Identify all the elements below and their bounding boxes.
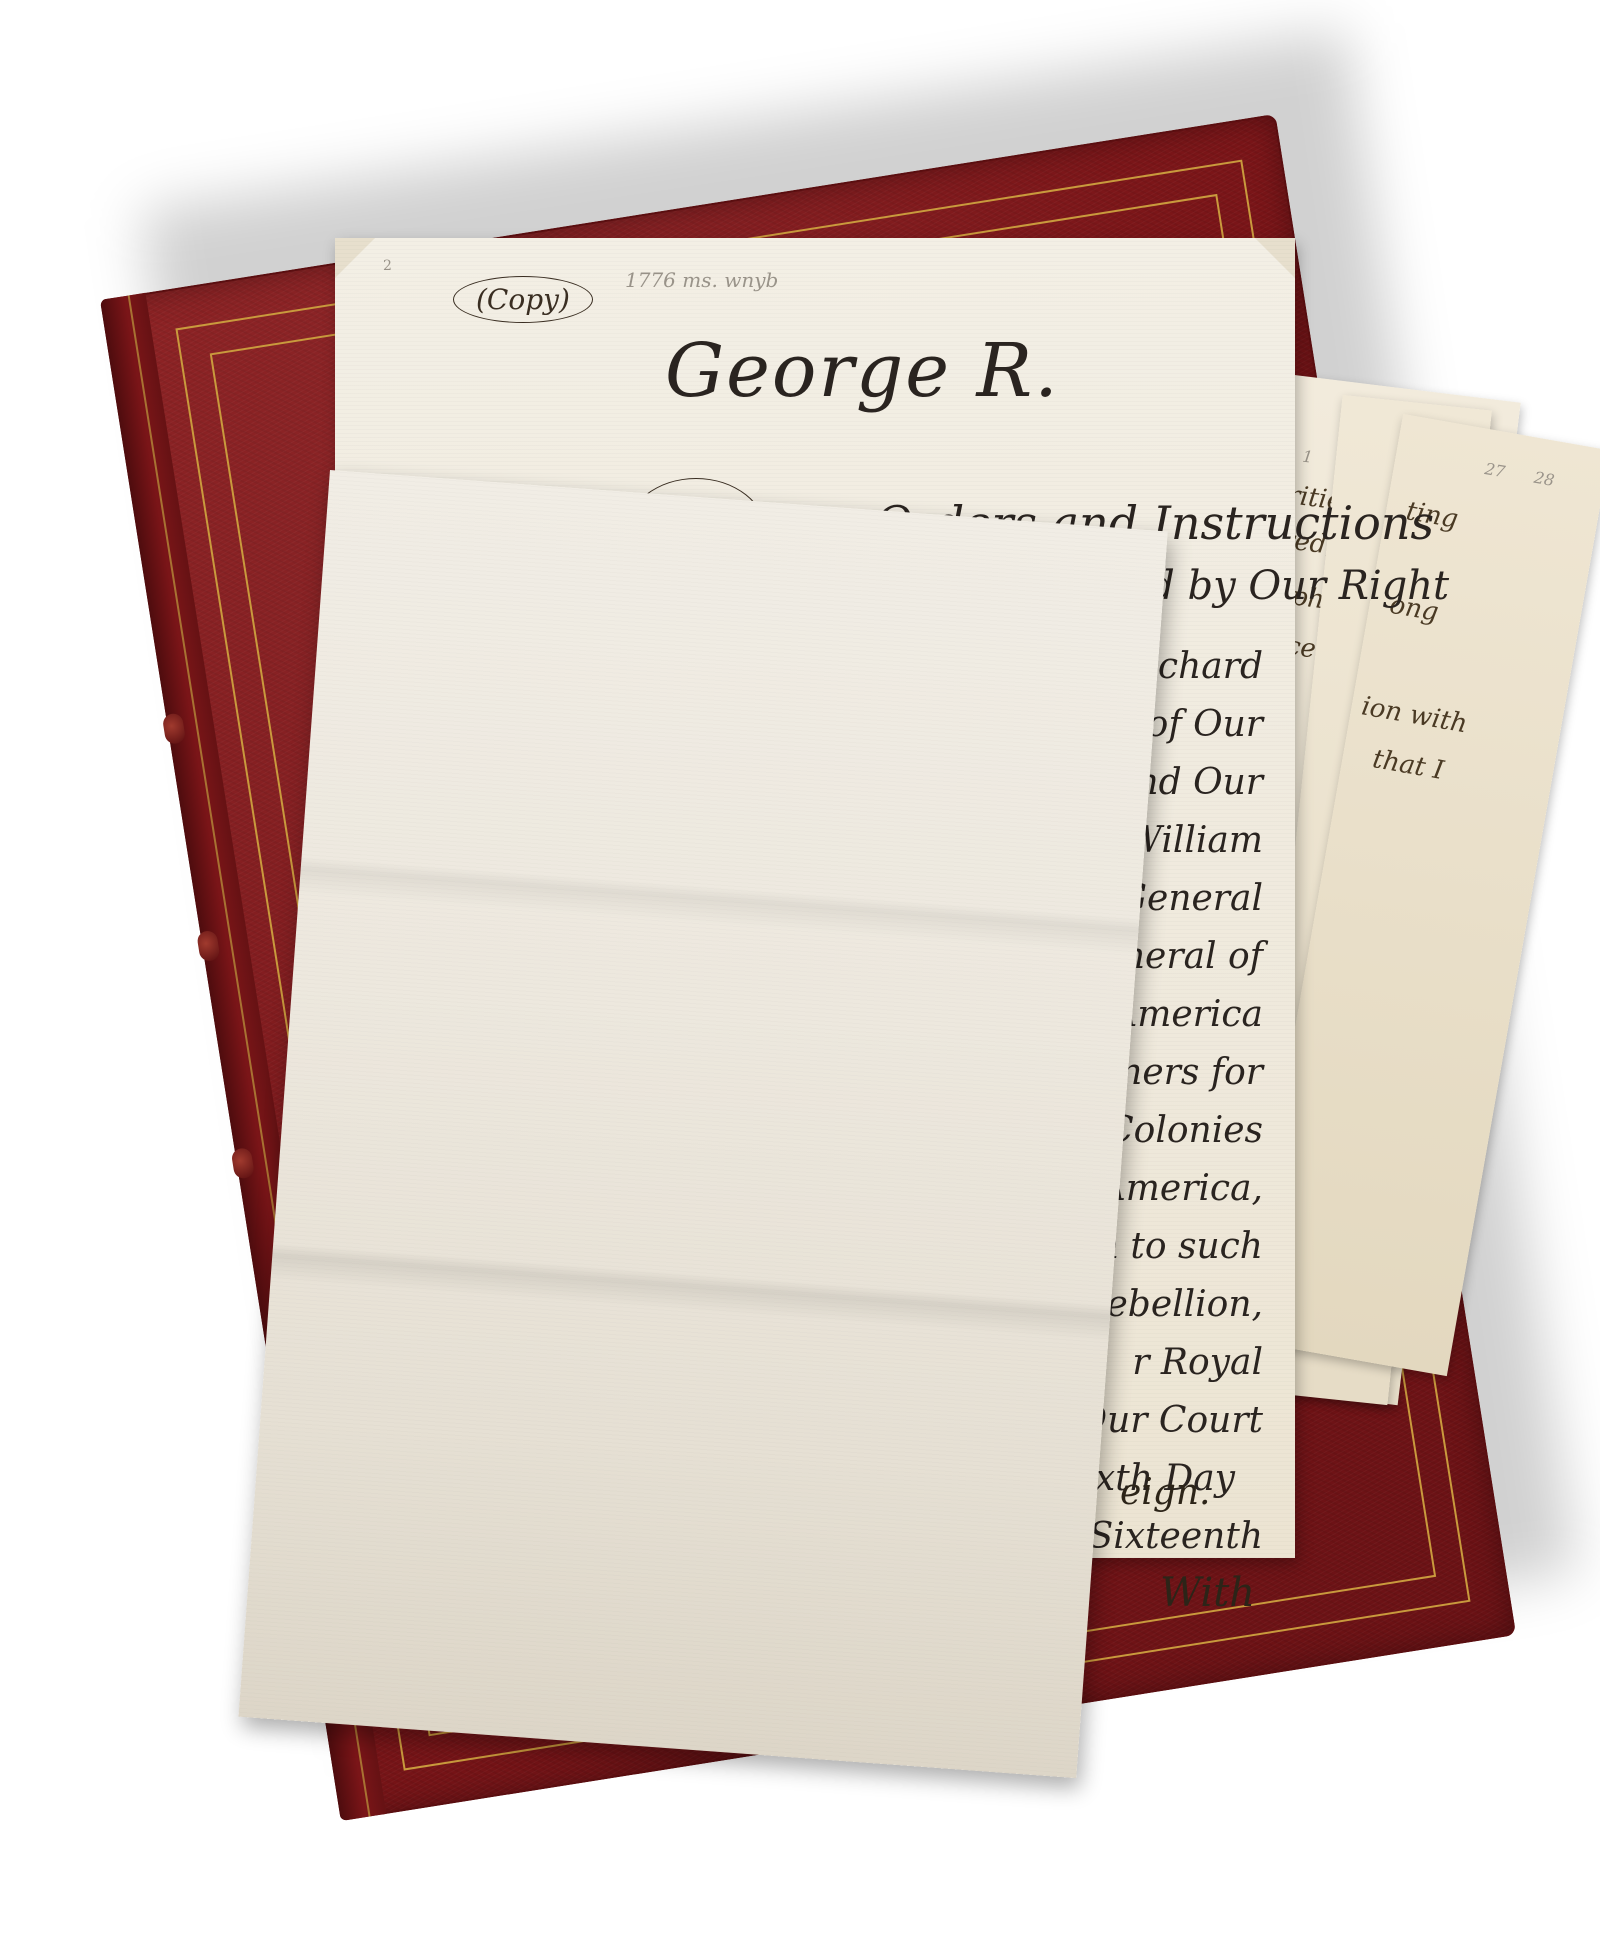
manuscript-fragment: ion with — [1359, 691, 1469, 739]
copy-annotation: (Copy) — [453, 276, 593, 323]
royal-sign-manual: George R. — [665, 328, 1060, 414]
paper-corner-fold — [1255, 238, 1295, 278]
manuscript-fragment: that I — [1370, 744, 1446, 786]
pencil-archival-note: 1776 ms. wnyb — [625, 268, 778, 292]
pencil-page-number: 2 — [383, 258, 392, 274]
pencil-number: 28 — [1533, 468, 1556, 490]
pencil-number: 1 — [1301, 447, 1313, 467]
paper-corner-fold — [335, 238, 375, 278]
whitehall-letter: Recd. the 15 Decr. Spencer Packet (12) 2… — [238, 470, 1167, 1778]
orders-line: ners for — [1119, 1052, 1263, 1093]
orders-line: America — [1111, 994, 1263, 1035]
orders-line: neral of — [1122, 936, 1263, 977]
pencil-number: 27 — [1483, 459, 1506, 481]
orders-line: r Royal — [1132, 1342, 1263, 1383]
orders-catchword: With — [1160, 1570, 1255, 1616]
orders-line: eign. — [1120, 1472, 1211, 1513]
orders-line: of Our — [1147, 704, 1263, 745]
letter-paper — [238, 470, 1167, 1778]
